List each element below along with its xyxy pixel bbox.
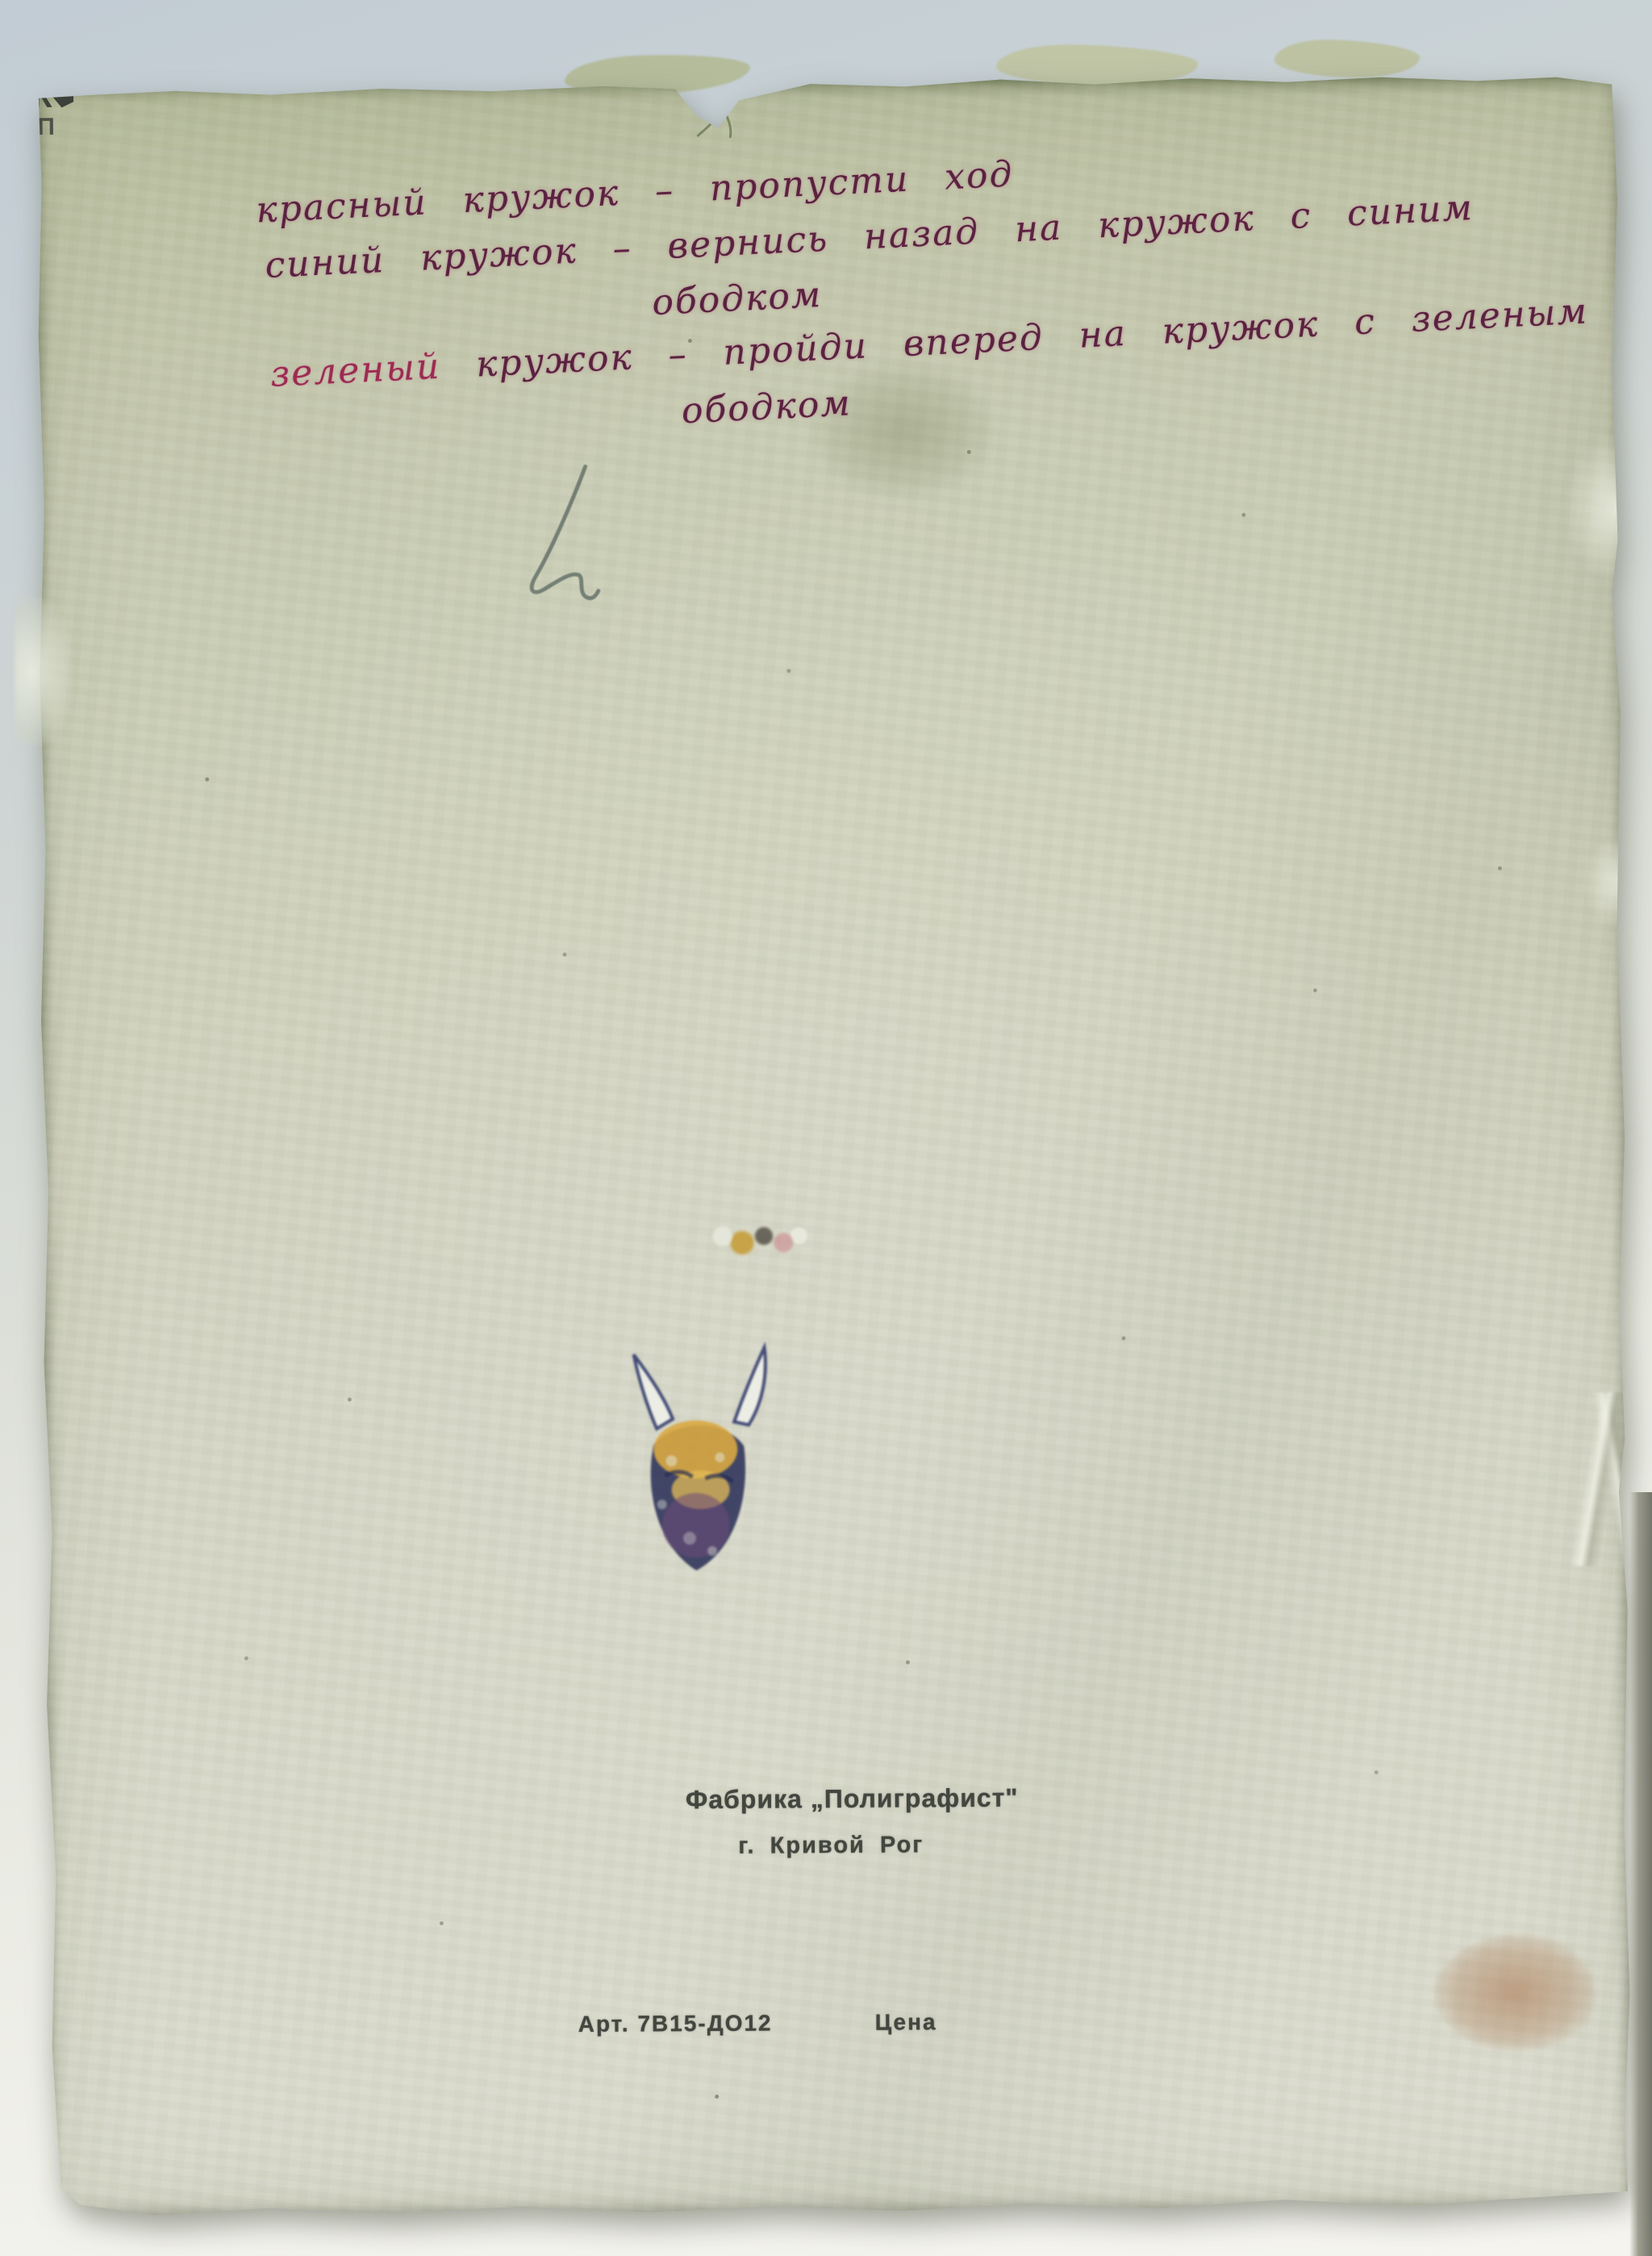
logo-letter-p: П [37, 113, 137, 141]
paper-specks [32, 79, 35, 81]
factory-name: Фабрика „Полиграфист" [686, 1783, 1019, 1816]
photo-dark-edge [1629, 1492, 1652, 2256]
article-number: Арт. 7В15-ДО12 [578, 2010, 773, 2037]
torn-flap [1274, 38, 1420, 80]
factory-city: г. Кривой Рог [738, 1832, 924, 1859]
rule-green-circle: зеленый кружок – пройди вперед на кружок… [269, 294, 1589, 392]
handwritten-rules: красный кружок – пропусти ход синий круж… [239, 119, 1576, 521]
right-edge-chip [1563, 432, 1629, 586]
right-edge-fold [1583, 836, 1633, 928]
pencil-mark [504, 461, 610, 615]
left-edge-tear [15, 597, 73, 746]
rule-green-rest: кружок – пройди вперед на кружок с зелен… [475, 290, 1589, 385]
rule-green-circle-continuation: ободком [681, 386, 853, 429]
price-label: Цена [875, 2009, 937, 2035]
photo-background: красный кружок – пропусти ход синий круж… [0, 0, 1652, 2256]
paper-sheet: красный кружок – пропусти ход синий круж… [32, 69, 1633, 2218]
rule-green-first-word: зеленый [269, 346, 441, 395]
devil-mask-print [614, 1331, 785, 1582]
rule-blue-circle-continuation: ободком [651, 277, 823, 321]
small-paint-smudge [700, 1206, 809, 1273]
